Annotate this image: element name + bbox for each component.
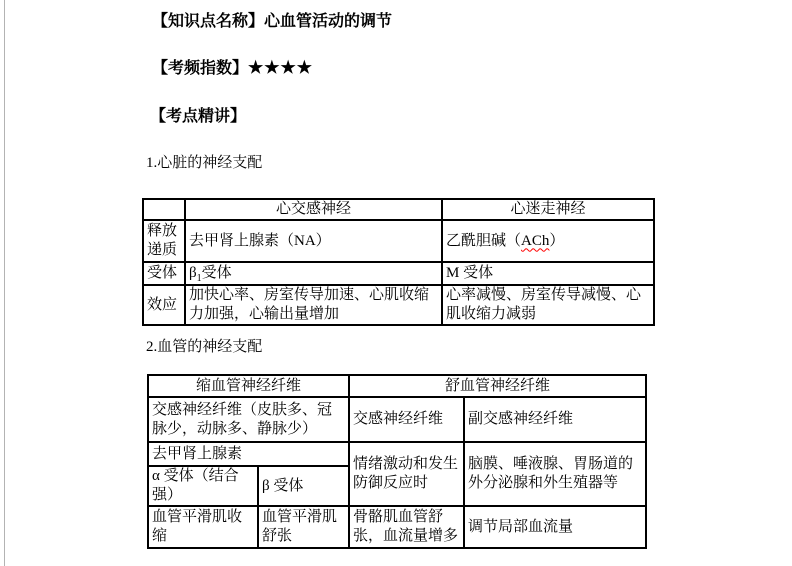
cell-dilator-sympathetic-condition: 情绪激动和发生防御反应时 — [349, 442, 464, 506]
vessel-innervation-table: 缩血管神经纤维 舒血管神经纤维 交感神经纤维（皮肤多、冠脉少，动脉多、静脉少） … — [147, 374, 647, 549]
cell-beta-effect: 血管平滑肌舒张 — [258, 506, 349, 548]
cell-dilator-parasympathetic-effect: 调节局部血流量 — [464, 506, 646, 548]
cell-effect-vagal: 心率减慢、房室传导减慢、心肌收缩力减弱 — [442, 285, 654, 325]
col-header-cardiac-sympathetic: 心交感神经 — [185, 199, 442, 220]
cell-alpha-effect: 血管平滑肌收缩 — [148, 506, 258, 548]
table-row: 血管平滑肌收缩 血管平滑肌舒张 骨骼肌血管舒张，血流量增多 调节局部血流量 — [148, 506, 646, 548]
cell-transmitter-sympathetic: 去甲肾上腺素（NA） — [185, 220, 442, 262]
transmitter-vagal-post: ） — [549, 233, 564, 249]
frequency-stars: ★★★★ — [248, 58, 313, 77]
cell-alpha-receptor: α 受体（结合强） — [148, 466, 258, 506]
table-row: 释放递质 去甲肾上腺素（NA） 乙酰胆碱（ACh） — [143, 220, 654, 262]
table-row: 缩血管神经纤维 舒血管神经纤维 — [148, 375, 646, 397]
receptor-beta-rest: 受体 — [202, 265, 232, 281]
cell-beta-receptor: β 受体 — [258, 466, 349, 506]
row-label-receptor: 受体 — [143, 262, 185, 285]
cell-receptor-vagal: M 受体 — [442, 262, 654, 285]
cell-transmitter-vagal: 乙酰胆碱（ACh） — [442, 220, 654, 262]
page-edge-line — [4, 0, 5, 566]
cell-dilator-parasympathetic-distribution: 脑膜、唾液腺、胃肠道的外分泌腺和外生殖器等 — [464, 442, 646, 506]
cell-constrictor-transmitter: 去甲肾上腺素 — [148, 442, 349, 466]
table-row: 心交感神经 心迷走神经 — [143, 199, 654, 220]
section-2-heading: 2.血管的神经支配 — [146, 338, 262, 356]
section-1-heading: 1.心脏的神经支配 — [146, 154, 262, 172]
receptor-beta: β — [189, 265, 197, 281]
transmitter-vagal-ach: ACh — [521, 233, 549, 249]
exam-frequency-line: 【考频指数】★★★★ — [152, 59, 313, 78]
cell-dilator-sympathetic-fiber: 交感神经纤维 — [349, 397, 464, 442]
corner-cell — [143, 199, 185, 220]
cell-dilator-sympathetic-effect: 骨骼肌血管舒张，血流量增多 — [349, 506, 464, 548]
table-row: 去甲肾上腺素 情绪激动和发生防御反应时 脑膜、唾液腺、胃肠道的外分泌腺和外生殖器… — [148, 442, 646, 466]
table-row: 受体 β1受体 M 受体 — [143, 262, 654, 285]
exam-frequency-label: 【考频指数】 — [152, 60, 248, 77]
cell-constrictor-fiber: 交感神经纤维（皮肤多、冠脉少，动脉多、静脉少） — [148, 397, 349, 442]
table-row: 交感神经纤维（皮肤多、冠脉少，动脉多、静脉少） 交感神经纤维 副交感神经纤维 — [148, 397, 646, 442]
cell-effect-sympathetic: 加快心率、房室传导加速、心肌收缩力加强，心输出量增加 — [185, 285, 442, 325]
row-label-transmitter: 释放递质 — [143, 220, 185, 262]
lecture-heading: 【考点精讲】 — [150, 108, 246, 126]
cell-receptor-sympathetic: β1受体 — [185, 262, 442, 285]
transmitter-vagal-pre: 乙酰胆碱（ — [446, 233, 521, 249]
cell-dilator-parasympathetic-fiber: 副交感神经纤维 — [464, 397, 646, 442]
heart-innervation-table: 心交感神经 心迷走神经 释放递质 去甲肾上腺素（NA） 乙酰胆碱（ACh） 受体… — [142, 198, 655, 326]
table-row: 效应 加快心率、房室传导加速、心肌收缩力加强，心输出量增加 心率减慢、房室传导减… — [143, 285, 654, 325]
col-header-vasoconstrictor: 缩血管神经纤维 — [148, 375, 349, 397]
row-label-effect: 效应 — [143, 285, 185, 325]
knowledge-point-title: 【知识点名称】心血管活动的调节 — [152, 13, 392, 31]
document-page: 【知识点名称】心血管活动的调节 【考频指数】★★★★ 【考点精讲】 1.心脏的神… — [0, 0, 792, 566]
col-header-vasodilator: 舒血管神经纤维 — [349, 375, 646, 397]
col-header-cardiac-vagus: 心迷走神经 — [442, 199, 654, 220]
